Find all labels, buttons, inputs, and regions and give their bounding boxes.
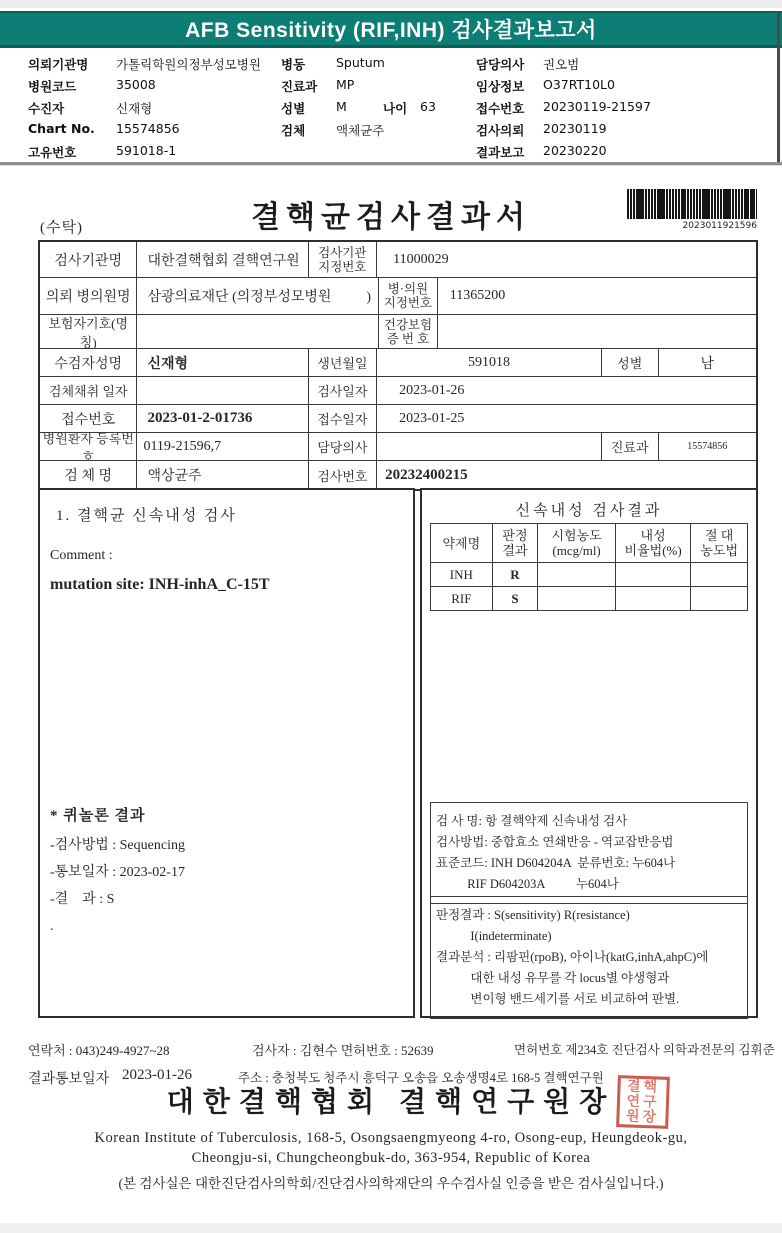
info-label: 성별 [281, 99, 305, 117]
info-value: Sputum [336, 55, 385, 70]
row-value: 대한결핵협회 결핵연구원 [137, 242, 308, 277]
sex-value: 남 [659, 349, 756, 376]
criteria-box: 판정결과 : S(sensitivity) R(resistance) I(in… [430, 896, 748, 1019]
top-window-strip [0, 0, 782, 8]
row-value [377, 433, 602, 460]
drug-conc [538, 587, 616, 610]
drug-col-header: 약제명 [431, 524, 493, 562]
lab-report-page: AFB Sensitivity (RIF,INH) 검사결과보고서 의뢰기관명 … [0, 0, 782, 1233]
drug-abs [691, 587, 747, 610]
info-value: 권오범 [543, 55, 579, 73]
drug-col-header: 절 대 농도법 [691, 524, 747, 562]
section-divider [0, 162, 782, 166]
row-label: 검사일자 [309, 377, 378, 404]
row-value [438, 315, 756, 348]
patient-table: 검사기관명 대한결핵협회 결핵연구원 검사기관 지정번호 11000029 의뢰… [38, 240, 758, 491]
info-label: Chart No. [28, 121, 95, 136]
drug-abs [691, 563, 747, 586]
row-value: 2023-01-26 [377, 377, 756, 404]
info-value: 15574856 [116, 121, 180, 136]
drug-conc [538, 563, 616, 586]
info-label: 검체 [281, 121, 305, 139]
table-row: 병원환자 등록번호 0119-21596,7 담당의사 진료과 15574856 [40, 433, 756, 461]
drug-col-header: 내성 비율법(%) [616, 524, 692, 562]
birth-date: 591018 [377, 349, 602, 376]
age-value: 63 [420, 99, 436, 114]
row-label: 병·의원 지정번호 [379, 278, 438, 314]
drug-ratio [616, 587, 692, 610]
info-value: 액체균주 [336, 121, 384, 139]
drug-col-header: 판정 결과 [493, 524, 539, 562]
row-label: 생년월일 [309, 349, 378, 376]
report-title: AFB Sensitivity (RIF,INH) 검사결과보고서 [185, 14, 597, 44]
row-label: 담당의사 [309, 433, 378, 460]
report-title-bar: AFB Sensitivity (RIF,INH) 검사결과보고서 [0, 11, 782, 48]
row-label: 병원환자 등록번호 [40, 433, 137, 460]
patient-name: 신재형 [137, 349, 308, 376]
drug-table: 약제명 판정 결과 시험농도 (mcg/ml) 내성 비율법(%) 절 대 농도… [430, 523, 748, 611]
info-value: O37RT10L0 [543, 77, 615, 92]
receipt-number: 2023-01-2-01736 [137, 405, 308, 432]
info-label: 검사의뢰 [476, 121, 524, 139]
row-label: 수검자성명 [40, 349, 137, 376]
drug-result: S [493, 587, 539, 610]
table-row: 수검자성명 신재형 생년월일 591018 성별 남 [40, 349, 756, 377]
table-row: 검사기관명 대한결핵협회 결핵연구원 검사기관 지정번호 11000029 [40, 242, 756, 278]
row-label: 검사번호 [309, 461, 378, 489]
window-right-edge-line [777, 11, 780, 163]
age-label: 나이 [383, 99, 407, 117]
table-row: 검 체 명 액상균주 검사번호 20232400215 [40, 461, 756, 489]
row-label: 보험자기호(명칭) [40, 315, 137, 348]
drug-row: INH R [431, 563, 747, 587]
row-value [137, 377, 308, 404]
info-value: 20230119-21597 [543, 99, 651, 114]
bottom-window-strip [0, 1223, 782, 1233]
info-label: 병원코드 [28, 77, 76, 95]
english-address-line2: Cheongju-si, Chungcheongbuk-do, 363-954,… [0, 1150, 782, 1167]
info-label: 담당의사 [476, 55, 524, 73]
info-label: 의뢰기관명 [28, 55, 88, 73]
row-label: 성별 [602, 349, 659, 376]
info-value: M [336, 99, 347, 114]
rapid-test-heading: 1. 결핵균 신속내성 검사 [56, 504, 237, 525]
test-info-box: 검 사 명: 항 결핵약제 신속내성 검사 검사방법: 중합효소 연쇄반응 - … [430, 802, 748, 904]
rapid-result-title: 신속내성 검사결과 [422, 499, 756, 520]
row-value: 11365200 [438, 278, 756, 314]
row-label: 검사기관명 [40, 242, 137, 277]
info-value: 35008 [116, 77, 156, 92]
drug-name: INH [431, 563, 493, 586]
row-label: 건강보험 증 번 호 [379, 315, 438, 348]
comment-label: Comment : [50, 548, 113, 564]
chart-number: 15574856 [659, 433, 756, 460]
specimen-name: 액상균주 [137, 461, 308, 489]
row-label: 검사기관 지정번호 [309, 242, 378, 277]
drug-ratio [616, 563, 692, 586]
contact-info: 연락처 : 043)249-4927~28 [28, 1040, 169, 1059]
row-value [137, 315, 379, 348]
test-number: 20232400215 [377, 461, 756, 489]
drug-result: R [493, 563, 539, 586]
result-left-panel: 1. 결핵균 신속내성 검사 Comment : mutation site: … [38, 488, 415, 1018]
drug-table-header-row: 약제명 판정 결과 시험농도 (mcg/ml) 내성 비율법(%) 절 대 농도… [431, 524, 747, 563]
row-value: 11000029 [377, 242, 756, 277]
row-value: 2023-01-25 [377, 405, 756, 432]
table-row: 접수번호 2023-01-2-01736 접수일자 2023-01-25 [40, 405, 756, 433]
drug-col-header: 시험농도 (mcg/ml) [538, 524, 616, 562]
info-label: 결과보고 [476, 143, 524, 161]
quinolone-heading: * 퀴놀론 결과 [50, 804, 145, 825]
english-address-line1: Korean Institute of Tuberculosis, 168-5,… [0, 1130, 782, 1147]
info-label: 수진자 [28, 99, 64, 117]
table-row: 보험자기호(명칭) 건강보험 증 번 호 [40, 315, 756, 349]
mutation-result: mutation site: INH-inhA_C-15T [50, 576, 270, 594]
table-row: 검체채취 일자 검사일자 2023-01-26 [40, 377, 756, 405]
info-label: 임상정보 [476, 77, 524, 95]
info-value: 591018-1 [116, 143, 176, 158]
info-value: MP [336, 77, 354, 92]
accreditation-notice: (본 검사실은 대한진단검사의학회/진단검사의학재단의 우수검사실 인증을 받은… [0, 1172, 782, 1192]
info-value: 20230119 [543, 121, 607, 136]
hospital-patient-id: 0119-21596,7 [137, 433, 308, 460]
row-label: 검체채취 일자 [40, 377, 137, 404]
barcode-number: 2023011921596 [627, 221, 757, 231]
barcode [627, 189, 757, 219]
drug-name: RIF [431, 587, 493, 610]
info-label: 접수번호 [476, 99, 524, 117]
info-value: 20230220 [543, 143, 607, 158]
examiner-info: 검사자 : 김현수 면허번호 : 52639 [252, 1040, 434, 1059]
info-label: 고유번호 [28, 143, 76, 161]
info-value: 신재형 [116, 99, 152, 117]
row-label: 의뢰 병의원명 [40, 278, 137, 314]
official-stamp: 결핵연구원장 [616, 1075, 670, 1129]
quinolone-results: -검사방법 : Sequencing -통보일자 : 2023-02-17 -결… [50, 832, 185, 940]
row-label: 검 체 명 [40, 461, 137, 489]
info-value: 가톨릭학원의정부성모병원 [116, 55, 261, 73]
result-right-panel: 신속내성 검사결과 약제명 판정 결과 시험농도 (mcg/ml) 내성 비율법… [420, 488, 758, 1018]
row-label: 접수번호 [40, 405, 137, 432]
row-label: 접수일자 [309, 405, 378, 432]
row-label: 진료과 [602, 433, 659, 460]
drug-row: RIF S [431, 587, 747, 610]
row-value: 삼광의료재단 (의정부성모병원 ) [137, 278, 379, 314]
info-label: 진료과 [281, 77, 317, 95]
table-row: 의뢰 병의원명 삼광의료재단 (의정부성모병원 ) 병·의원 지정번호 1136… [40, 278, 756, 315]
license-info: 면허번호 제234호 진단검사 의학과전문의 김휘준 [514, 1040, 775, 1058]
info-label: 병동 [281, 55, 305, 73]
